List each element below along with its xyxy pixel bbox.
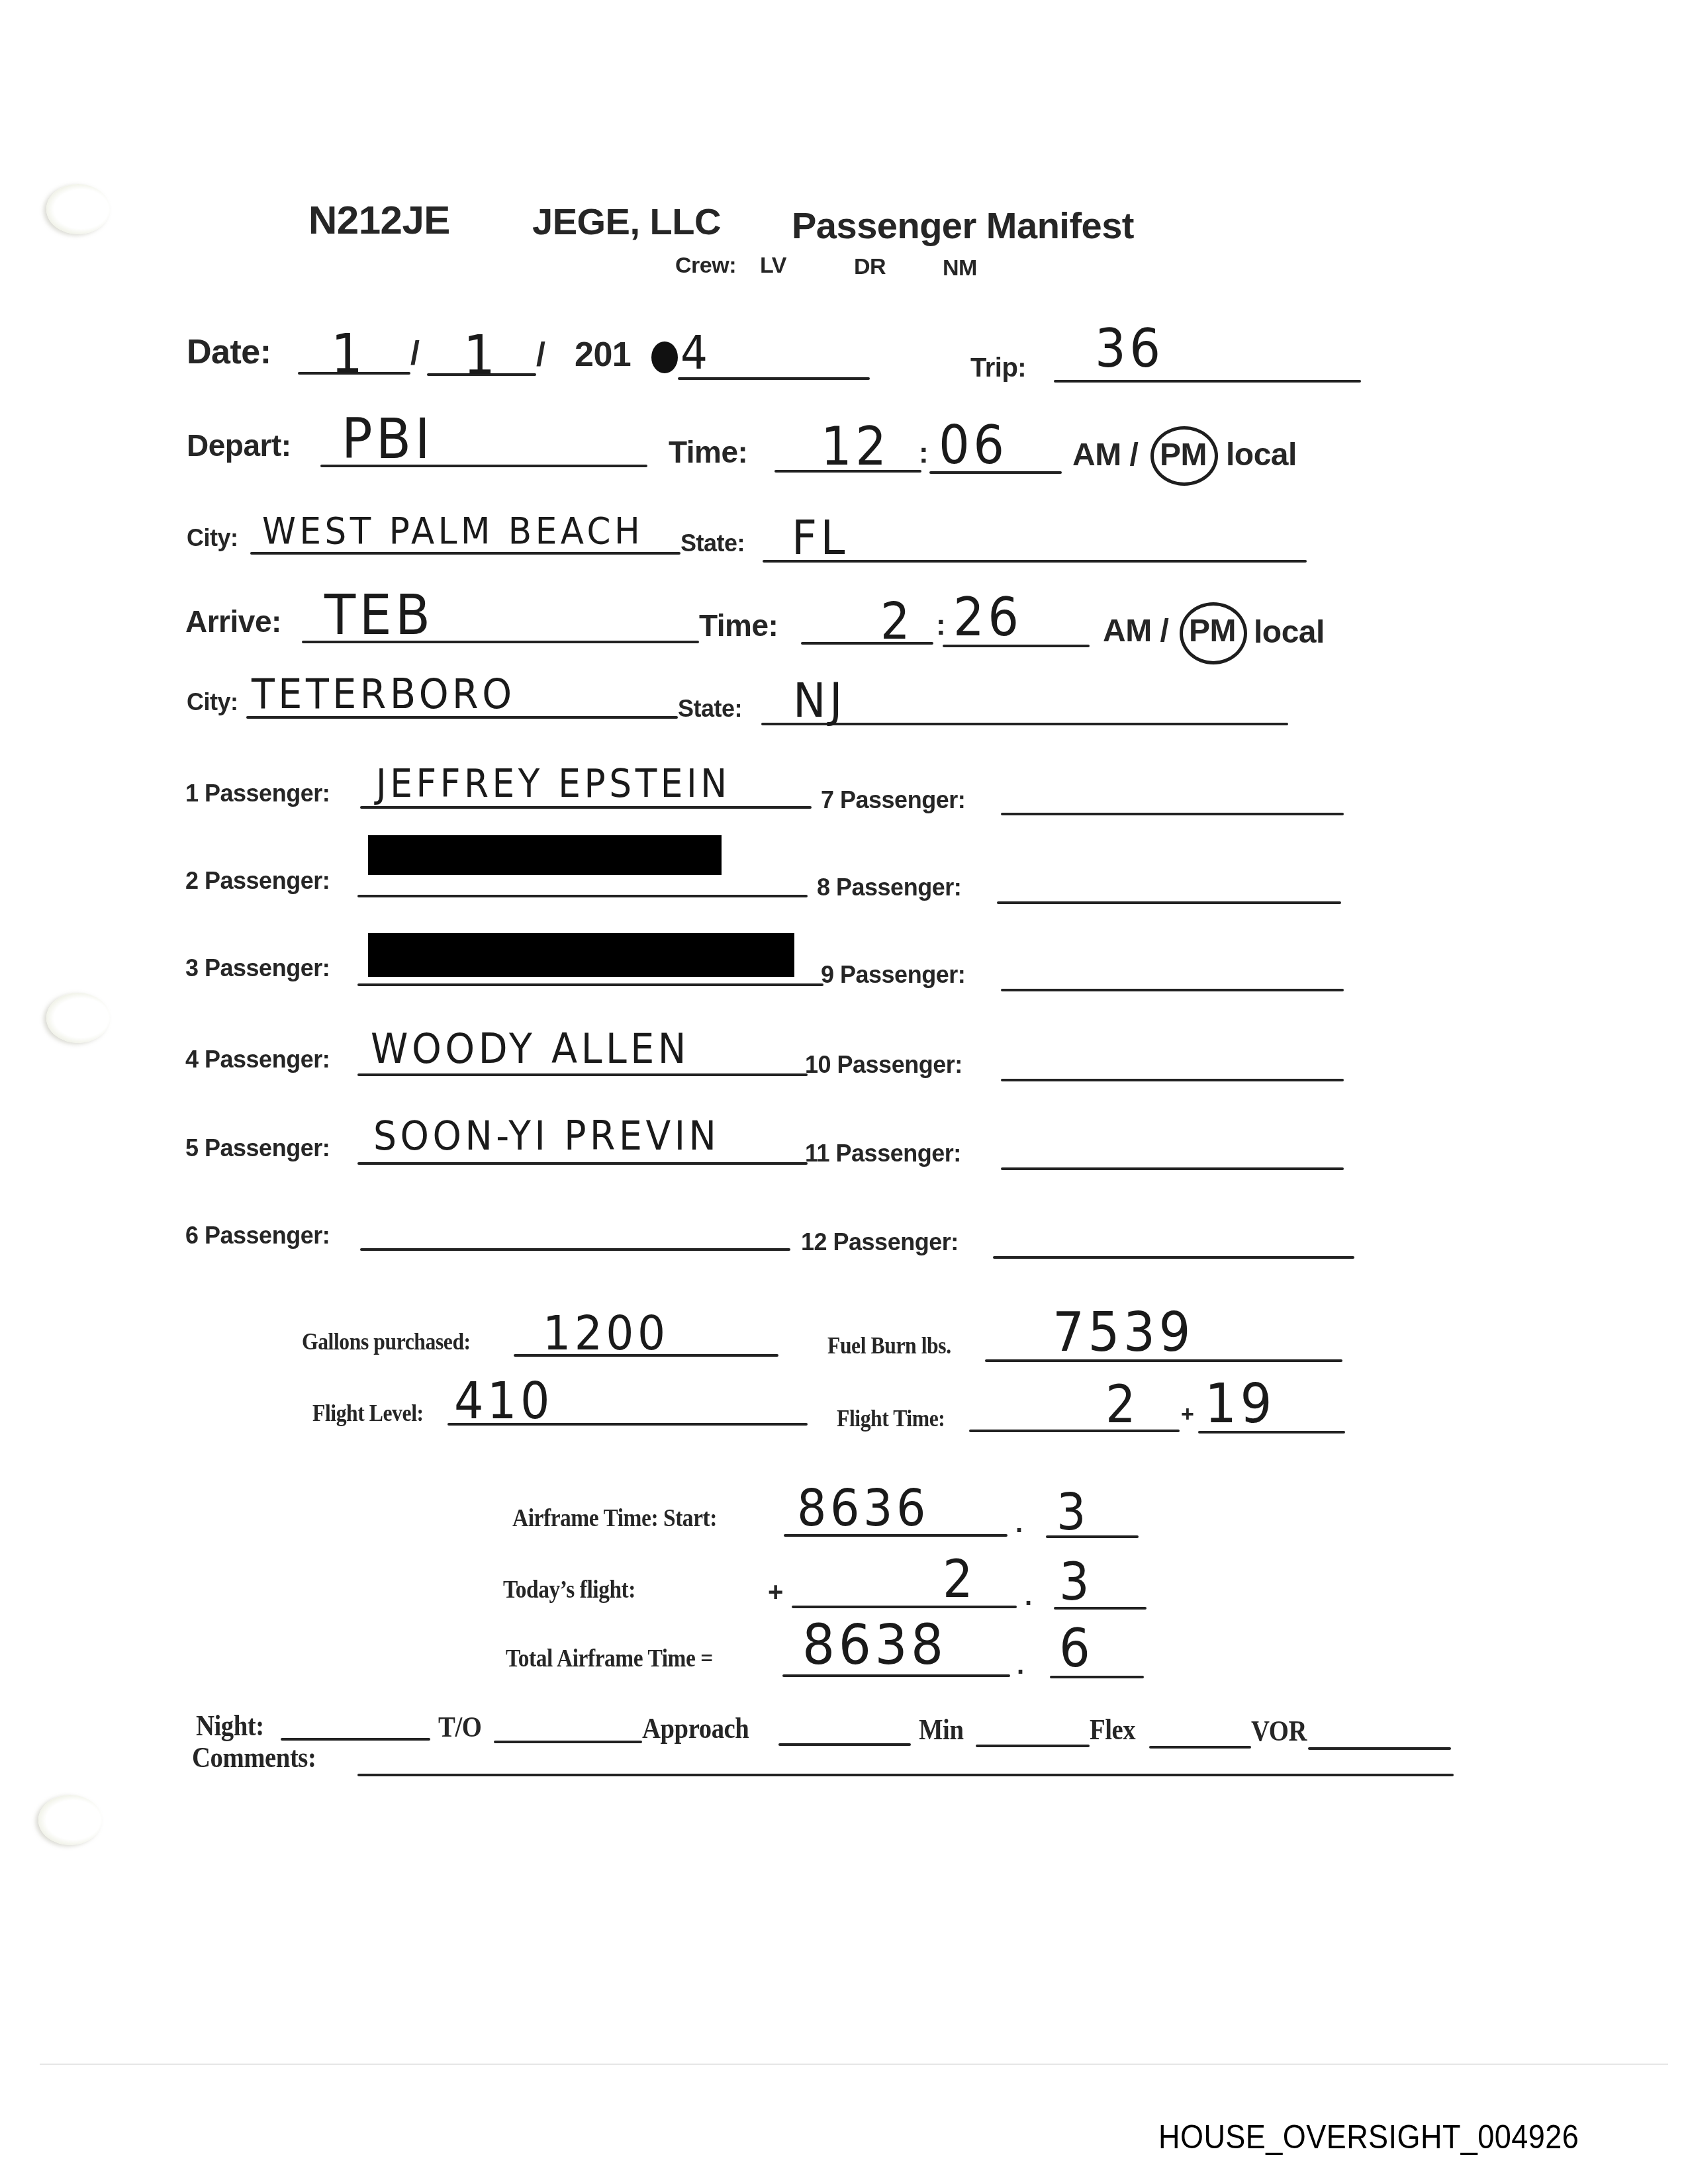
flight-time-plus: + [1181,1402,1194,1428]
comments-line [357,1774,1454,1776]
binder-hole-middle [46,993,110,1043]
passenger-7-label: 7 Passenger: [821,786,965,814]
total-airframe-decimal: . [1017,1651,1024,1680]
vor-line [1308,1747,1451,1750]
passenger-11-label: 11 Passenger: [805,1140,961,1167]
arrive-city-value[interactable]: TETERBORO [252,670,516,718]
date-year-value[interactable]: 4 [680,326,712,380]
depart-local-label: local [1226,437,1297,473]
passenger-12-label: 12 Passenger: [801,1228,959,1256]
date-sep-2: / [536,335,545,373]
crew-member-2: DR [854,254,886,280]
passenger-4-label: 4 Passenger: [185,1046,330,1073]
airframe-start-decimal: . [1015,1509,1023,1539]
fuel-burn-label: Fuel Burn lbs. [827,1332,951,1359]
passenger-5-name[interactable]: SOON-YI PREVIN [373,1113,720,1160]
crew-label: Crew: [675,253,736,279]
arrive-airport-value[interactable]: TEB [324,582,434,647]
total-airframe-label: Total Airframe Time = [506,1644,713,1673]
arrive-local-label: local [1254,614,1325,651]
passenger-6-line [360,1248,790,1251]
date-ink-blot [651,341,678,373]
passenger-5-label: 5 Passenger: [185,1134,330,1162]
passenger-7-line [1001,813,1344,815]
flight-level-value[interactable]: 410 [454,1371,553,1430]
fuel-burn-value[interactable]: 7539 [1053,1301,1194,1364]
date-label: Date: [187,332,271,372]
crew-member-1: LV [760,253,786,279]
passenger-9-line [1001,989,1344,991]
passenger-2-line [357,895,808,897]
crew-member-3: NM [943,255,977,281]
passenger-2-redaction [368,835,722,875]
airframe-start-whole-value[interactable]: 8636 [797,1479,929,1537]
trip-value[interactable]: 36 [1095,318,1164,379]
passenger-12-line [993,1256,1354,1259]
bates-number: HOUSE_OVERSIGHT_004926 [1158,2118,1579,2156]
passenger-4-name[interactable]: WOODY ALLEN [371,1024,690,1073]
company-name: JEGE, LLC [532,200,721,243]
arrive-minute-value[interactable]: 26 [953,586,1023,648]
depart-state-label: State: [680,529,745,557]
arrive-pm-circle [1180,602,1247,664]
depart-airport-value[interactable]: PBI [342,406,434,471]
vor-label: VOR [1251,1714,1307,1748]
trip-line [1054,380,1361,383]
to-label: T/O [438,1710,481,1744]
todays-flight-whole-value[interactable]: 2 [943,1550,976,1610]
total-airframe-tenths-value[interactable]: 6 [1059,1617,1094,1679]
arrive-state-label: State: [678,695,742,723]
airframe-start-label: Airframe Time: Start: [512,1504,717,1533]
passenger-9-label: 9 Passenger: [821,961,965,989]
flight-time-hours-value[interactable]: 2 [1105,1375,1139,1435]
depart-state-value[interactable]: FL [792,510,849,565]
to-line [494,1741,642,1743]
gallons-purchased-value[interactable]: 1200 [543,1305,669,1361]
depart-city-label: City: [187,524,238,552]
form-title: Passenger Manifest [792,204,1134,247]
passenger-10-line [1001,1079,1344,1081]
total-airframe-whole-value[interactable]: 8638 [802,1612,947,1677]
arrive-time-colon: : [936,609,945,642]
flex-label: Flex [1090,1713,1135,1747]
night-label: Night: [196,1709,264,1743]
scan-edge [40,2064,1668,2065]
date-day-value[interactable]: 1 [463,324,499,387]
passenger-1-name[interactable]: JEFFREY EPSTEIN [376,761,731,806]
todays-flight-label: Today’s flight: [503,1575,635,1604]
passenger-3-redaction [368,933,794,977]
passenger-3-line [357,983,823,986]
trip-label: Trip: [970,353,1026,383]
comments-label: Comments: [192,1741,316,1774]
arrive-label: Arrive: [185,604,281,639]
approach-label: Approach [642,1711,749,1745]
depart-city-value[interactable]: WEST PALM BEACH [262,510,643,553]
depart-pm-circle [1150,426,1218,486]
flight-time-label: Flight Time: [837,1404,945,1432]
todays-flight-decimal: . [1025,1582,1032,1612]
depart-time-colon: : [919,437,928,470]
min-label: Min [919,1713,964,1747]
arrive-time-label: Time: [699,608,778,643]
passenger-6-label: 6 Passenger: [185,1222,330,1250]
tail-number: N212JE [308,197,450,243]
depart-time-label: Time: [669,434,747,470]
passenger-8-line [997,901,1341,904]
depart-label: Depart: [187,428,291,463]
todays-flight-whole-line [792,1606,1017,1608]
arrive-hour-value[interactable]: 2 [880,592,914,651]
passenger-8-label: 8 Passenger: [817,874,961,901]
todays-flight-tenths-value[interactable]: 3 [1059,1553,1093,1612]
depart-hour-value[interactable]: 12 [821,416,890,477]
arrive-state-value[interactable]: NJ [793,672,846,728]
flight-time-minutes-value[interactable]: 19 [1205,1373,1276,1435]
passenger-4-line [357,1073,808,1076]
passenger-1-label: 1 Passenger: [185,780,330,807]
passenger-1-line [360,806,812,809]
arrive-city-label: City: [187,688,238,716]
binder-hole-bottom [38,1795,102,1845]
depart-minute-value[interactable]: 06 [939,414,1008,476]
flight-time-hours-line [969,1430,1180,1432]
passenger-11-line [1001,1167,1344,1170]
passenger-2-label: 2 Passenger: [185,867,330,895]
arrive-am-option[interactable]: AM / [1103,613,1168,649]
passenger-5-line [357,1162,808,1165]
todays-flight-plus: + [768,1578,783,1608]
gallons-purchased-label: Gallons purchased: [302,1328,471,1355]
approach-line [778,1743,911,1746]
flight-level-label: Flight Level: [312,1399,424,1427]
airframe-start-tenths-value[interactable]: 3 [1056,1482,1090,1541]
date-month-value[interactable]: 1 [331,323,367,386]
passenger-3-label: 3 Passenger: [185,954,330,982]
depart-am-option[interactable]: AM / [1072,437,1138,473]
date-sep-1: / [410,334,419,372]
min-line [976,1745,1090,1747]
date-year-prefix: 201 [575,335,631,375]
flex-line [1149,1746,1251,1749]
passenger-10-label: 10 Passenger: [805,1051,962,1079]
binder-hole-top [46,184,110,234]
